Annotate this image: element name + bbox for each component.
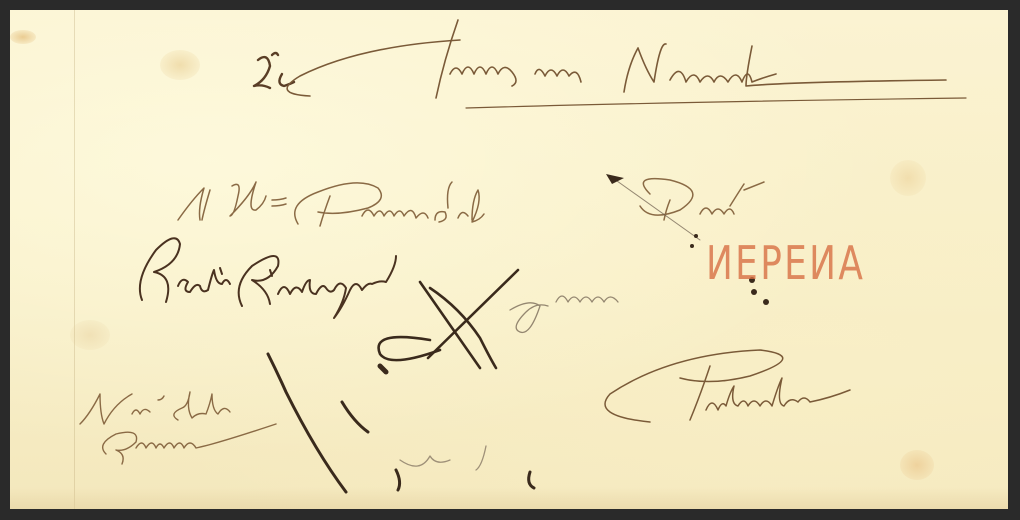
postmark-stamp: ИЕРЕИА <box>706 236 865 290</box>
sender-note-line2: Provincia <box>100 430 233 463</box>
header-prefix: 2ª <box>246 44 284 84</box>
sender-note-line1: Vic.ª de la <box>80 392 225 425</box>
addressee-line1: Al Vdo. Parroco de la Doct.ª <box>170 182 679 223</box>
crossed-mark: Rodriguez (crossed out) <box>490 290 709 311</box>
letter-cover: 2ª Servicio Nacional Al Vdo. Parroco de … <box>10 10 1008 509</box>
addressee-line2: Recibi. Rodriguez <box>128 250 453 291</box>
faded-lower-ink <box>400 446 486 470</box>
destination: Pativilca <box>620 366 818 420</box>
header-title: Servicio Nacional <box>430 40 842 94</box>
diagonal-marks-ink <box>268 354 534 492</box>
